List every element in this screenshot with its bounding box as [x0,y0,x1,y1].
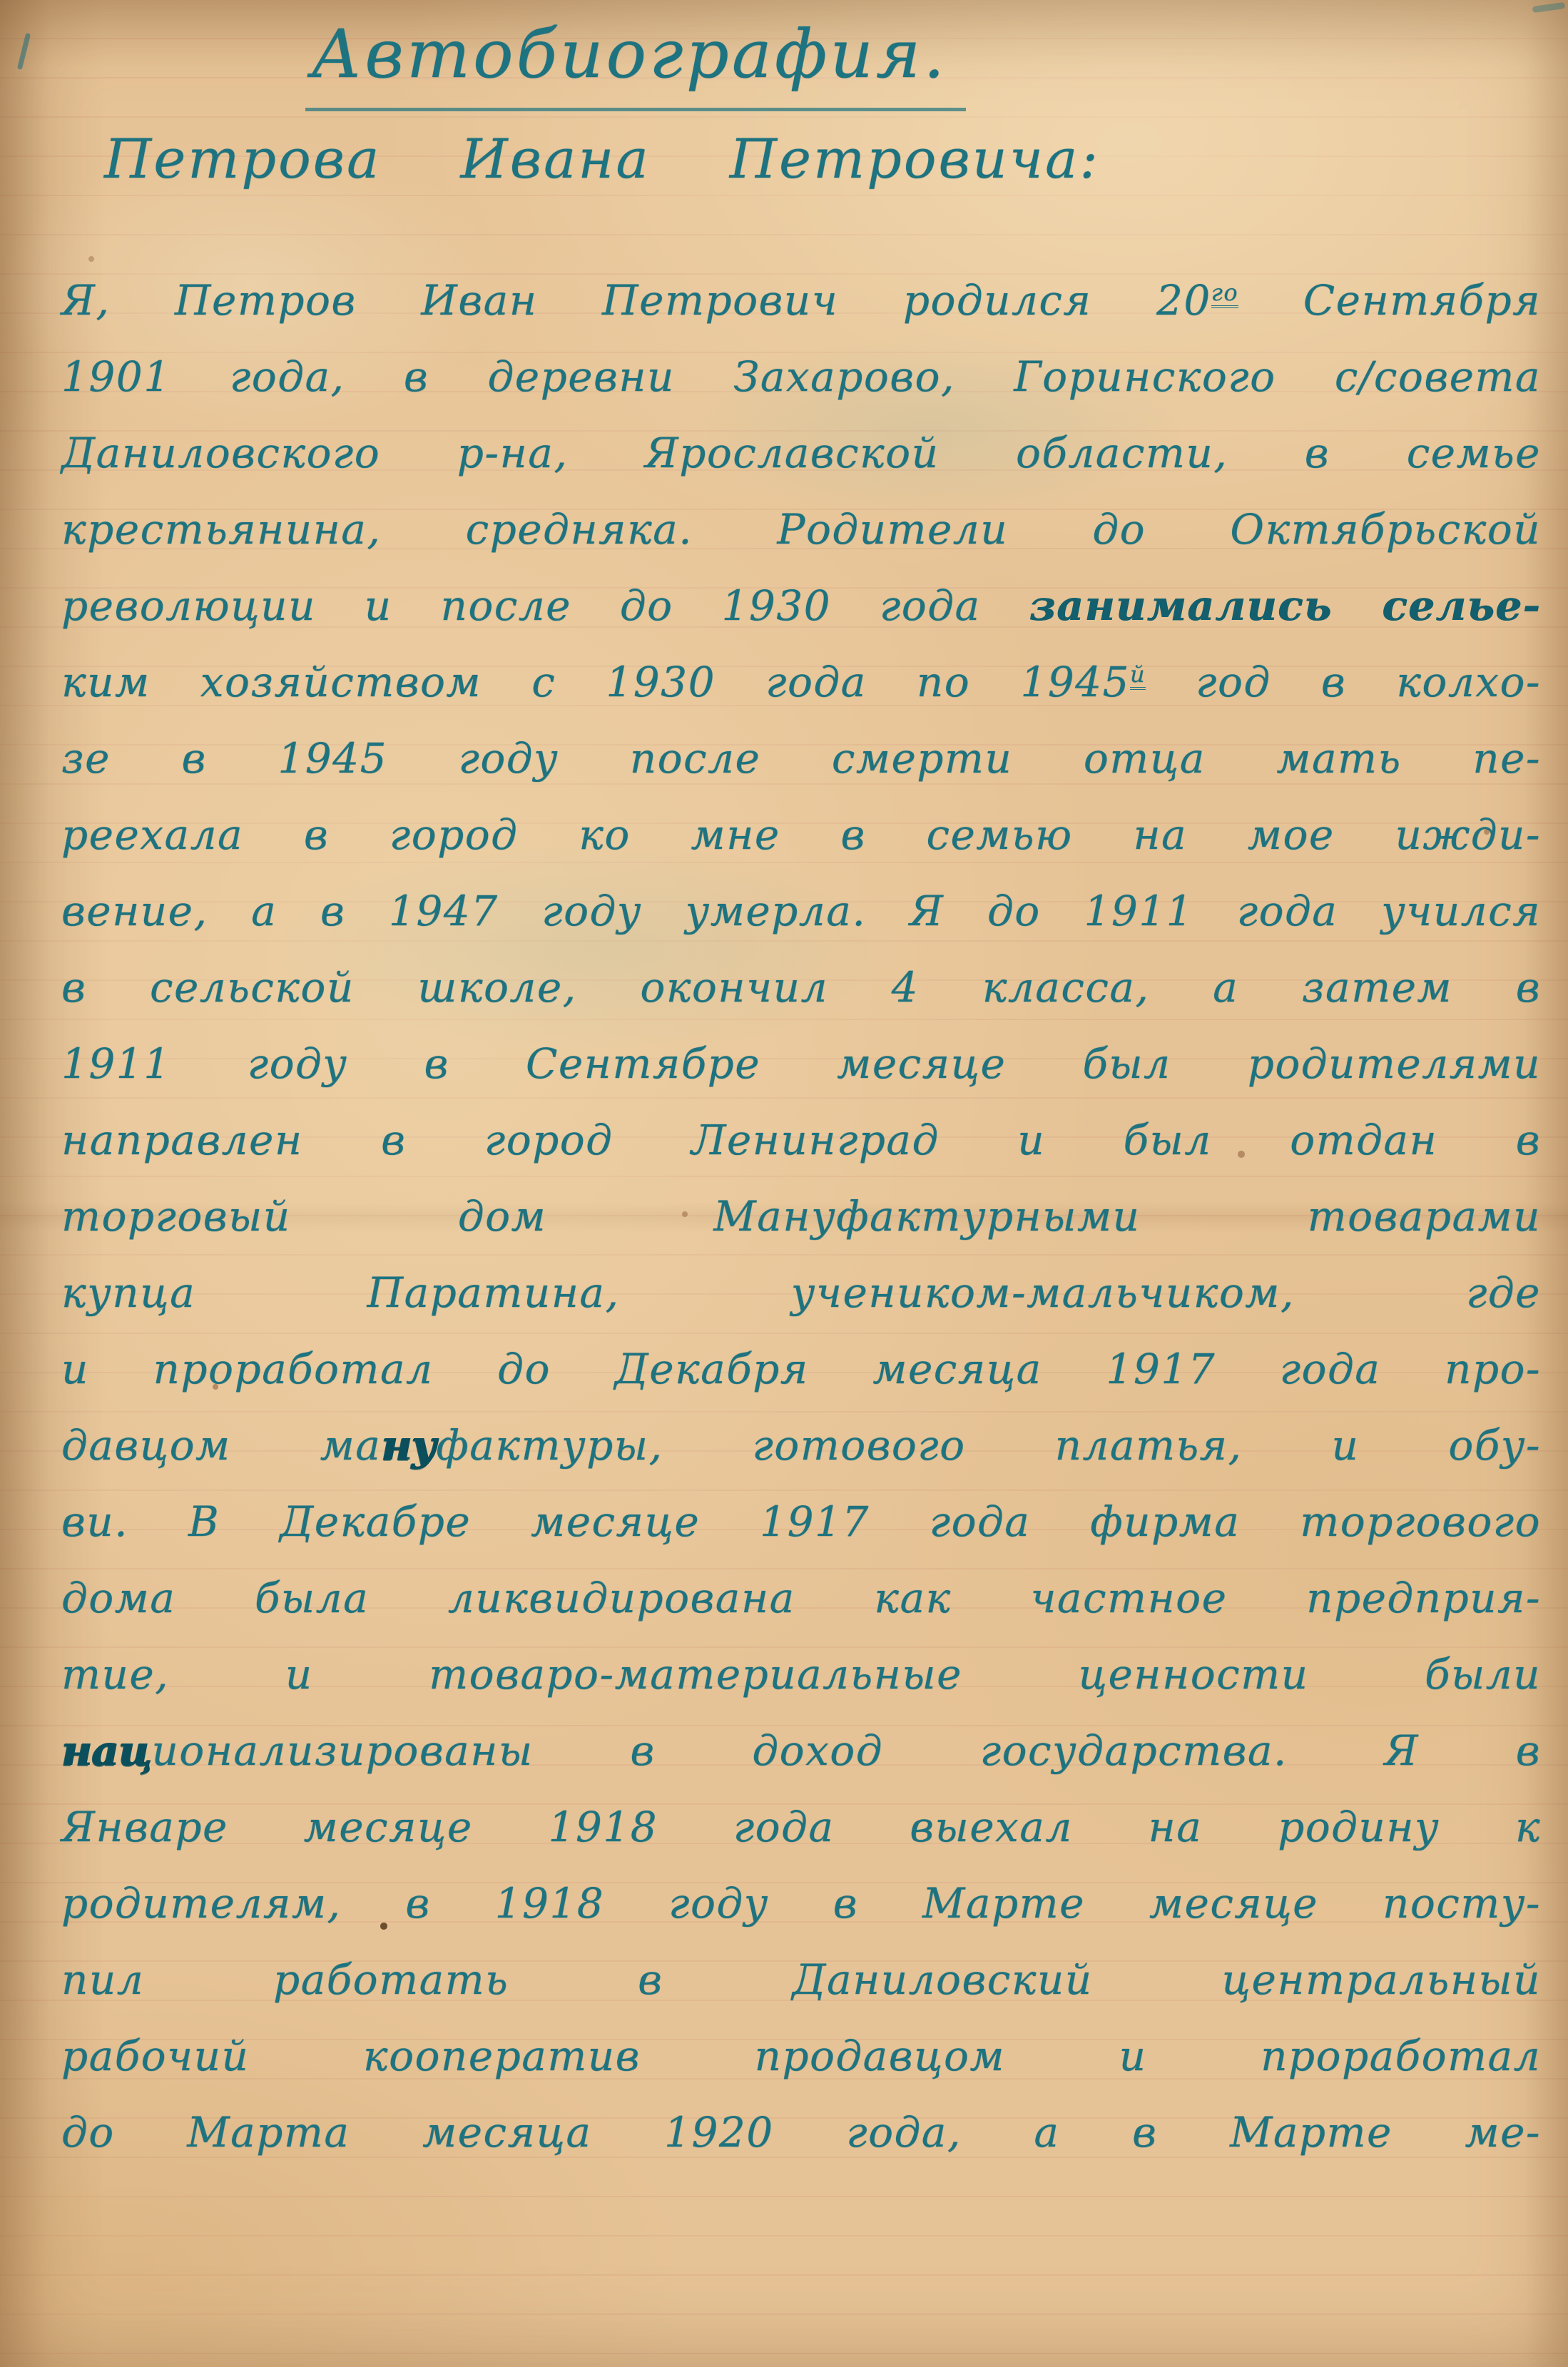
manuscript-line-segment: й [1130,663,1146,691]
manuscript-page: Автобиография. Петрова Ивана Петровича: … [0,0,1568,2367]
manuscript-line-segment: го [1211,282,1238,309]
manuscript-line-segment: Сентября [1238,276,1541,325]
manuscript-line-segment: крестьянина, средняка. Родители до Октяб… [61,505,1541,554]
manuscript-line-segment: Даниловского р-на, Ярославской области, … [61,429,1541,477]
manuscript-line-segment: год в колхо- [1146,658,1541,706]
manuscript-line: ви. В Декабре месяце 1917 года фирма тор… [61,1484,1541,1560]
manuscript-line-segment: занимались селье- [1029,581,1541,630]
manuscript-line: и проработал до Декабря месяца 1917 года… [61,1331,1541,1408]
manuscript-line: революции и после до 1930 года занималис… [61,568,1541,644]
manuscript-line: 1901 года, в деревни Захарово, Горинског… [61,339,1541,415]
manuscript-line: национализированы в доход государства. Я… [61,1713,1541,1789]
manuscript-line: в сельской школе, окончил 4 класса, а за… [61,950,1541,1026]
manuscript-line: 1911 году в Сентябре месяце был родителя… [61,1026,1541,1102]
manuscript-line: направлен в город Ленинград и был отдан … [61,1102,1541,1179]
manuscript-line-segment: родителям, в 1918 году в Марте месяце по… [61,1879,1541,1928]
manuscript-line: дома была ликвидирована как частное пред… [61,1560,1541,1636]
manuscript-line: зе в 1945 году после смерти отца мать пе… [61,721,1541,797]
manuscript-line-segment: Я, Петров Иван Петрович родился 20 [61,276,1211,325]
manuscript-line-segment: торговый дом Мануфактурными товарами [61,1192,1541,1241]
manuscript-line: Январе месяце 1918 года выехал на родину… [61,1789,1541,1865]
manuscript-line: до Марта месяца 1920 года, а в Марте ме- [61,2094,1541,2171]
manuscript-line-segment: фактуры, готового платья, и обу- [436,1421,1541,1470]
manuscript-line-segment: вение, а в 1947 году умерла. Я до 1911 г… [61,887,1541,935]
stray-ink-mark [17,33,31,70]
manuscript-line: рабочий кооператив продавцом и проработа… [61,2018,1541,2094]
manuscript-line-segment: и проработал до Декабря месяца 1917 года… [61,1345,1541,1393]
manuscript-line-segment: ну [381,1421,436,1470]
manuscript-line-segment: революции и после до 1930 года [61,581,1029,630]
page-subtitle: Петрова Ивана Петровича: [104,127,1100,190]
manuscript-line: купца Паратина, учеником-мальчиком, где [61,1255,1541,1331]
manuscript-lines: Я, Петров Иван Петрович родился 20го Сен… [61,263,1541,2171]
manuscript-line-segment: направлен в город Ленинград и был отдан … [61,1116,1541,1164]
manuscript-line-segment: пил работать в Даниловский центральный [61,1955,1541,2004]
manuscript-line-segment: дома была ликвидирована как частное пред… [61,1574,1541,1622]
paper-specks [0,0,3,3]
manuscript-line-segment: ионализированы в доход государства. Я в [151,1726,1541,1775]
manuscript-line-segment: до Марта месяца 1920 года, а в Марте ме- [61,2108,1541,2157]
manuscript-line: Даниловского р-на, Ярославской области, … [61,415,1541,492]
manuscript-line: крестьянина, средняка. Родители до Октяб… [61,492,1541,568]
manuscript-line-segment: в сельской школе, окончил 4 класса, а за… [61,963,1541,1012]
manuscript-line-segment: купца Паратина, учеником-мальчиком, где [61,1268,1541,1317]
manuscript-line-segment: зе в 1945 году после смерти отца мать пе… [61,734,1541,783]
manuscript-line-segment: тие, и товаро-материальные ценности были [61,1650,1541,1699]
manuscript-line: давцом мануфактуры, готового платья, и о… [61,1408,1541,1484]
manuscript-line-segment: ким хозяйством с 1930 года по 1945 [61,658,1130,706]
stray-ink-mark [1532,2,1566,13]
manuscript-line-segment: 1901 года, в деревни Захарово, Горинског… [61,352,1541,401]
manuscript-line: реехала в город ко мне в семью на мое иж… [61,797,1541,873]
manuscript-line: родителям, в 1918 году в Марте месяце по… [61,1865,1541,1942]
manuscript-line: ким хозяйством с 1930 года по 1945й год … [61,644,1541,721]
manuscript-line-segment: ви. В Декабре месяце 1917 года фирма тор… [61,1497,1541,1546]
page-title: Автобиография. [305,16,966,111]
manuscript-line: торговый дом Мануфактурными товарами [61,1179,1541,1255]
manuscript-line: пил работать в Даниловский центральный [61,1942,1541,2018]
manuscript-line: тие, и товаро-материальные ценности были [61,1636,1541,1713]
manuscript-line-segment: Январе месяце 1918 года выехал на родину… [61,1803,1541,1851]
manuscript-line-segment: давцом ма [61,1421,381,1470]
manuscript-line-segment: реехала в город ко мне в семью на мое иж… [61,810,1541,859]
manuscript-line-segment: нац [61,1726,151,1775]
manuscript-line: вение, а в 1947 году умерла. Я до 1911 г… [61,873,1541,950]
manuscript-line-segment: рабочий кооператив продавцом и проработа… [61,2032,1541,2080]
manuscript-line-segment: 1911 году в Сентябре месяце был родителя… [61,1039,1541,1088]
manuscript-line: Я, Петров Иван Петрович родился 20го Сен… [61,263,1541,339]
